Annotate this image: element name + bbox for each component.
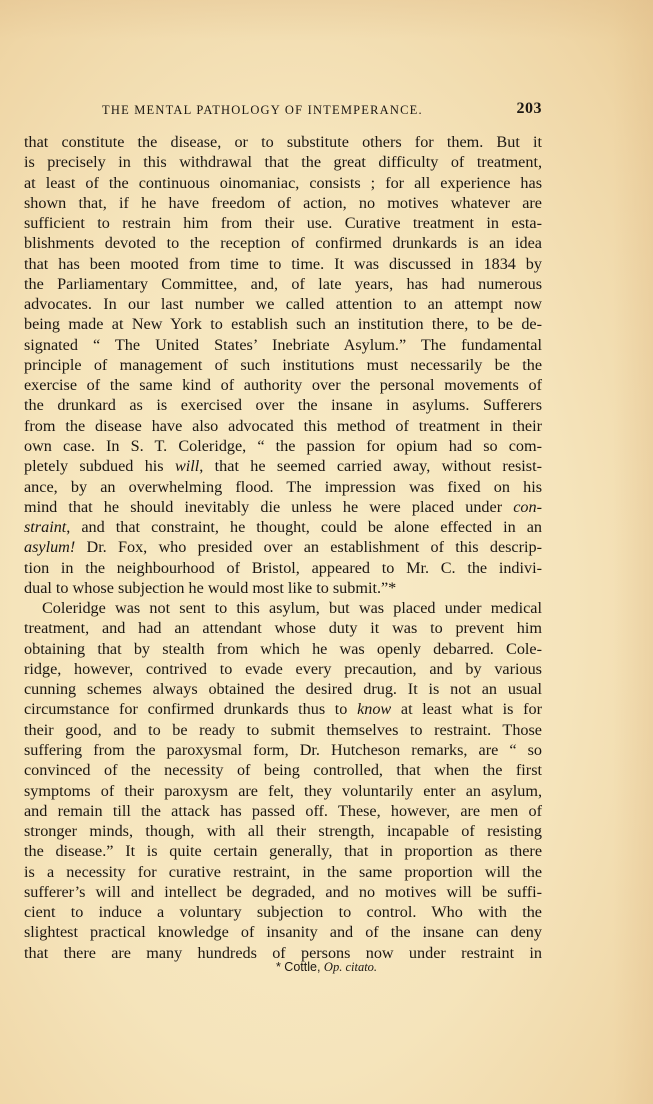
text-line: ance, by an overwhelming flood. The impr… [24, 477, 542, 497]
text-line: that constitute the disease, or to subst… [24, 132, 542, 152]
text-line: is a necessity for curative restraint, i… [24, 862, 542, 882]
italic-run: will [175, 457, 199, 475]
text-line: Coleridge was not sent to this asylum, b… [24, 598, 542, 618]
text-line: from the disease have also advocated thi… [24, 416, 542, 436]
text-line: cunning schemes always obtained the desi… [24, 679, 542, 699]
text-line: blishments devoted to the reception of c… [24, 233, 542, 253]
text-line: symptoms of their paroxysm are felt, the… [24, 781, 542, 801]
text-line: exercise of the same kind of authority o… [24, 375, 542, 395]
text-line: mind that he should inevitably die unles… [24, 497, 542, 517]
text-line: the Parliamentary Committee, and, of lat… [24, 274, 542, 294]
text-line: at least of the continuous oinomaniac, c… [24, 173, 542, 193]
text-line: dual to whose subjection he would most l… [24, 578, 542, 598]
text-run: circumstance for confirmed drunkards thu… [24, 700, 357, 718]
text-line: sufficient to restrain him from their us… [24, 213, 542, 233]
text-line: the disease.” It is quite certain genera… [24, 841, 542, 861]
italic-run: asylum! [24, 538, 75, 556]
footnote-citation: Op. citato. [324, 960, 377, 974]
text-line: suffering from the paroxysmal form, Dr. … [24, 740, 542, 760]
text-line: pletely subdued his will, that he seemed… [24, 456, 542, 476]
footnote-author: Cottle, [284, 960, 320, 974]
italic-run: con- [513, 498, 542, 516]
text-run: mind that he should inevitably die unles… [24, 498, 513, 516]
text-line: their good, and to be ready to submit th… [24, 720, 542, 740]
footnote: * Cottle, Op. citato. [0, 960, 653, 975]
text-line: circumstance for confirmed drunkards thu… [24, 699, 542, 719]
text-line: is precisely in this withdrawal that the… [24, 152, 542, 172]
body-text: that constitute the disease, or to subst… [24, 132, 542, 963]
footnote-marker: * [276, 960, 281, 974]
text-line: tion in the neighbourhood of Bristol, ap… [24, 558, 542, 578]
text-line: slightest practical knowledge of insanit… [24, 922, 542, 942]
page-number: 203 [517, 100, 543, 118]
text-run: Dr. Fox, who presided over an establishm… [75, 538, 542, 556]
text-line: treatment, and had an attendant whose du… [24, 618, 542, 638]
text-line: straint, and that constraint, he thought… [24, 517, 542, 537]
text-run: , that he seemed carried away, without r… [199, 457, 542, 475]
text-line: stronger minds, though, with all their s… [24, 821, 542, 841]
text-line: sufferer’s will and intellect be degrade… [24, 882, 542, 902]
text-line: asylum! Dr. Fox, who presided over an es… [24, 537, 542, 557]
text-line: advocates. In our last number we called … [24, 294, 542, 314]
running-title: THE MENTAL PATHOLOGY OF INTEMPERANCE. [102, 103, 423, 118]
page-edge-shading [613, 0, 653, 1104]
text-run: , and that constraint, he thought, could… [66, 518, 542, 536]
italic-run: know [357, 700, 391, 718]
text-line: and remain till the attack has passed of… [24, 801, 542, 821]
text-line: being made at New York to establish such… [24, 314, 542, 334]
text-line: that has been mooted from time to time. … [24, 254, 542, 274]
text-run: at least what is for [391, 700, 542, 718]
text-line: own case. In S. T. Coleridge, “ the pass… [24, 436, 542, 456]
text-line: principle of management of such institut… [24, 355, 542, 375]
text-run: pletely subdued his [24, 457, 175, 475]
italic-run: straint [24, 518, 66, 536]
text-line: the drunkard as is exercised over the in… [24, 395, 542, 415]
book-page: THE MENTAL PATHOLOGY OF INTEMPERANCE. 20… [0, 0, 653, 1104]
text-line: shown that, if he have freedom of action… [24, 193, 542, 213]
text-line: cient to induce a voluntary subjection t… [24, 902, 542, 922]
page-top-shading [0, 0, 653, 40]
text-line: convinced of the necessity of being cont… [24, 760, 542, 780]
text-line: obtaining that by stealth from which he … [24, 639, 542, 659]
running-head: THE MENTAL PATHOLOGY OF INTEMPERANCE. 20… [24, 100, 542, 120]
text-line: signated “ The United States’ Inebriate … [24, 335, 542, 355]
text-line: ridge, however, contrived to evade every… [24, 659, 542, 679]
